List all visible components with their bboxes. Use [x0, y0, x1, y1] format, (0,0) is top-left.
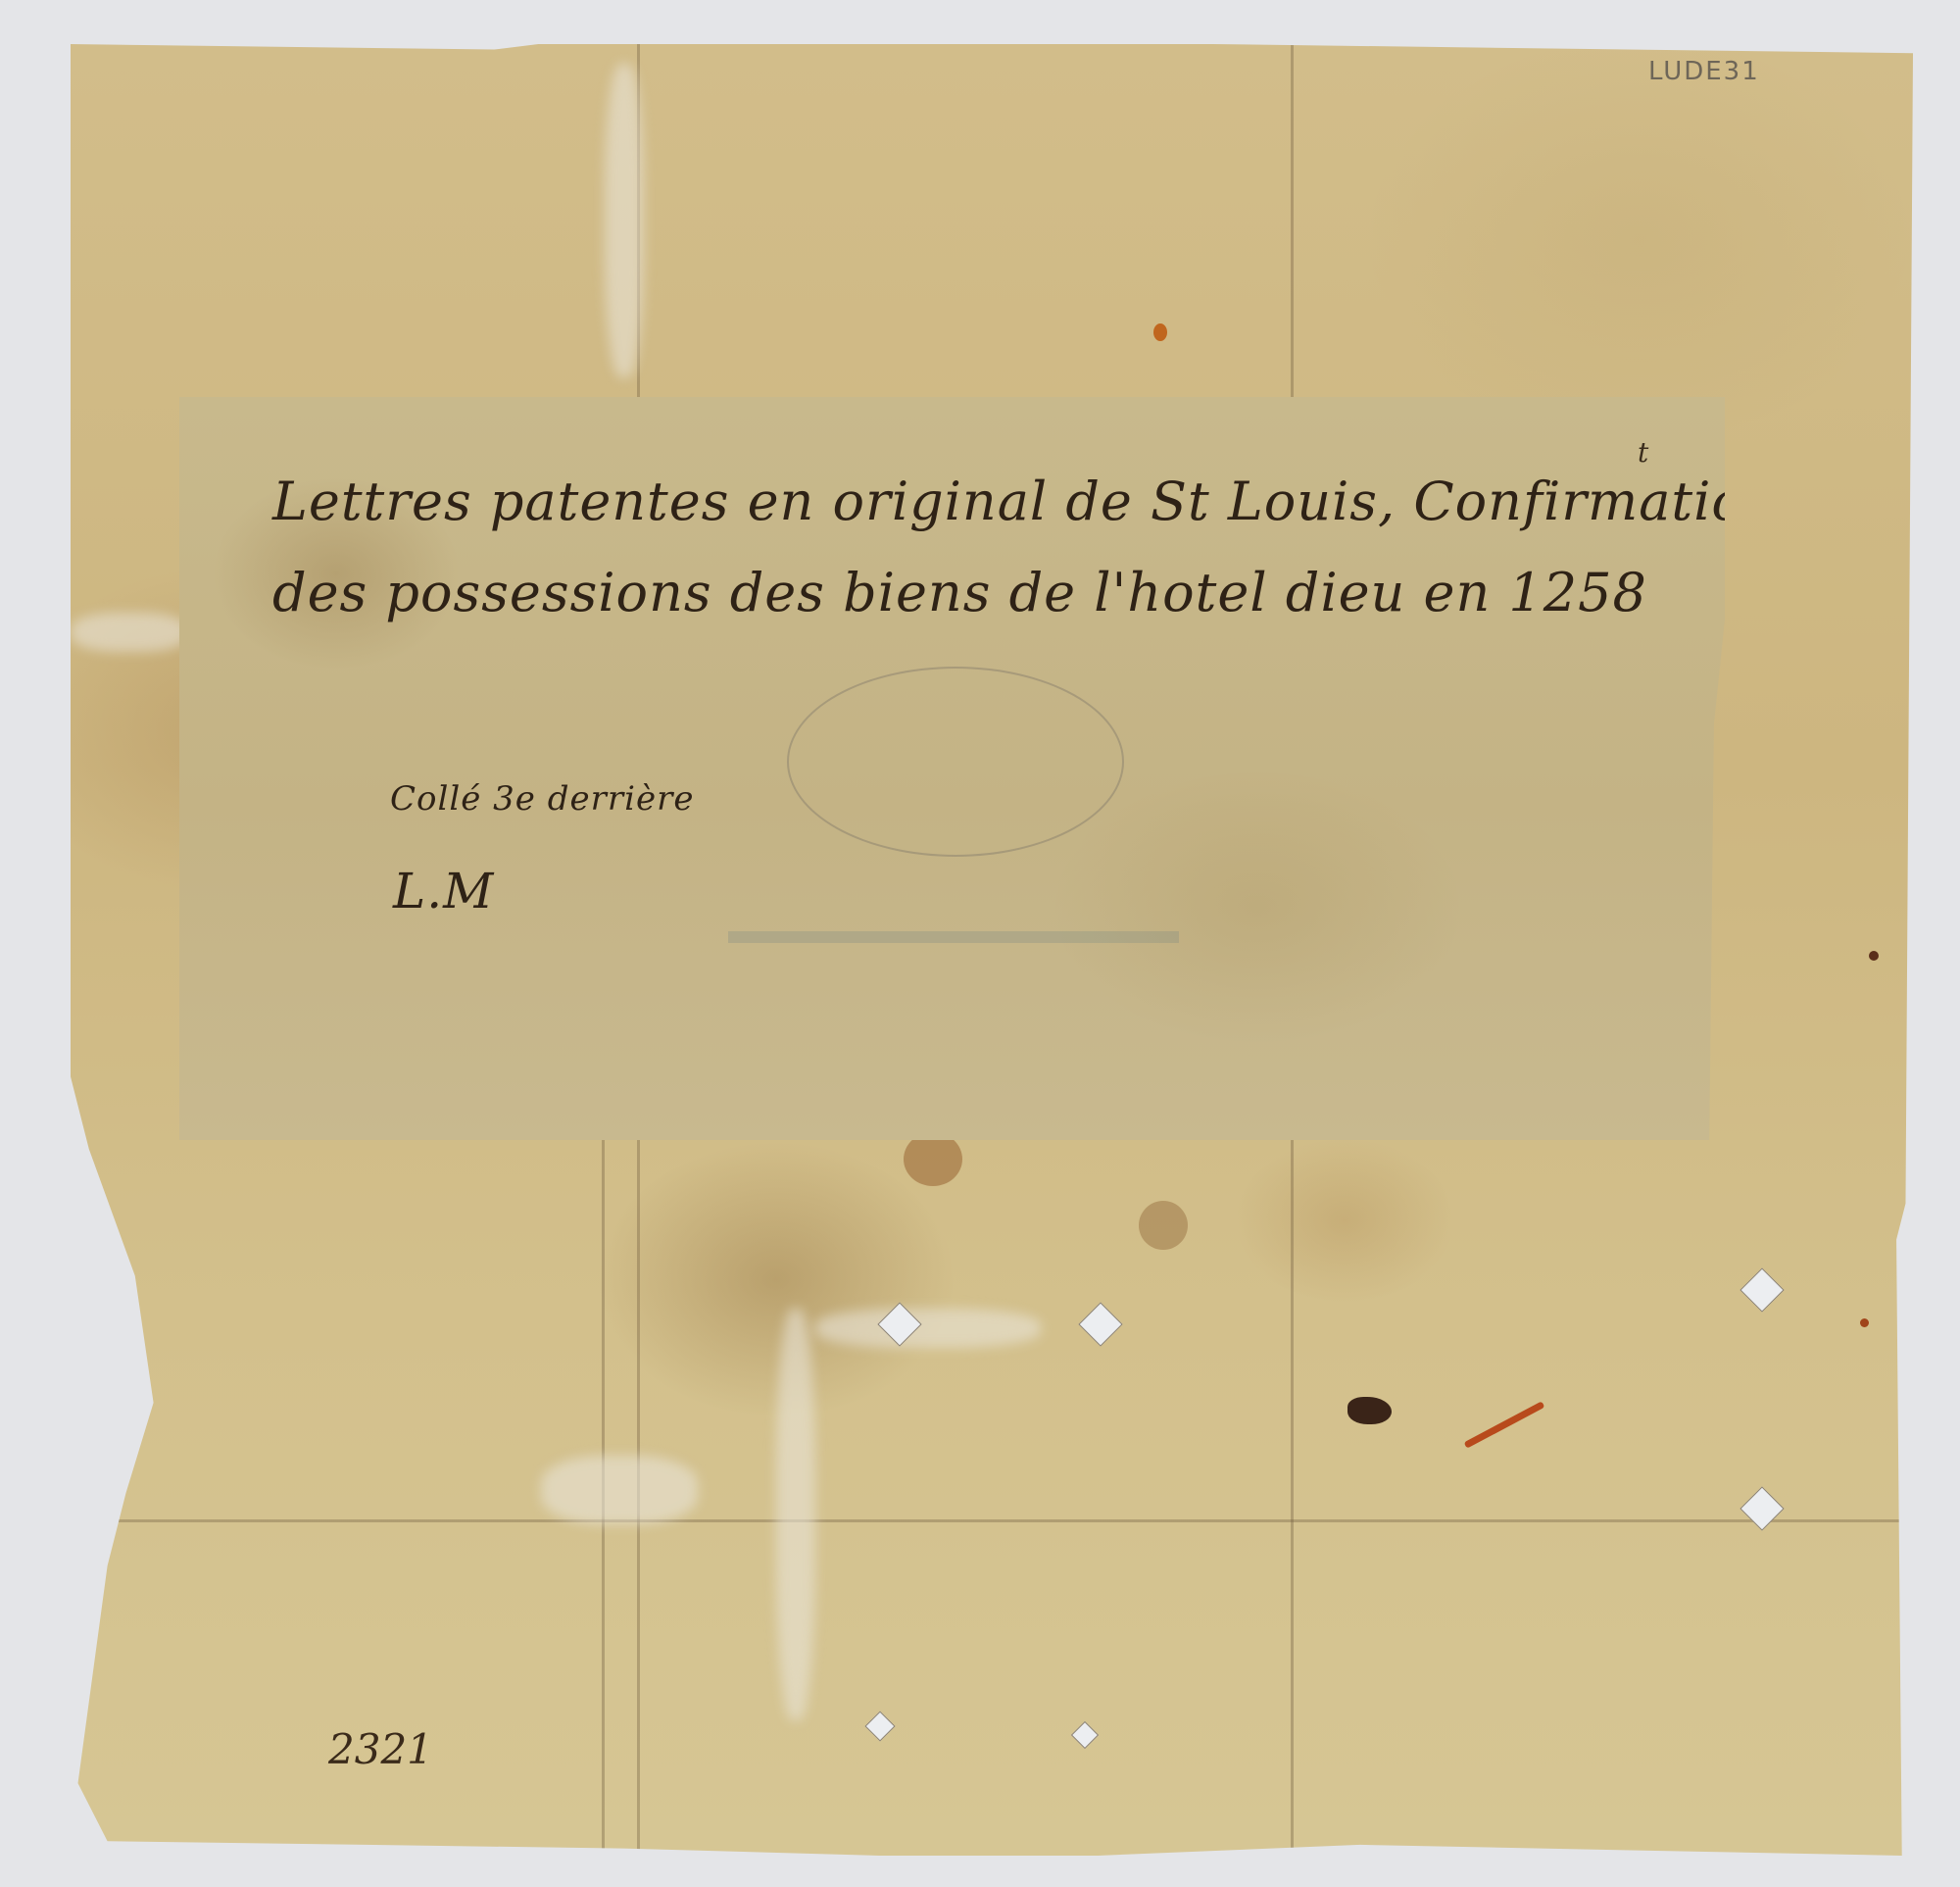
stain [1860, 1318, 1869, 1327]
faded-stamp-bar [728, 931, 1179, 943]
label-line-2: des possessions des biens de l'hotel die… [272, 562, 1647, 623]
faded-stamp [787, 667, 1124, 857]
worn-fold [541, 1456, 698, 1524]
punched-hole [1739, 1267, 1784, 1312]
punched-hole [1071, 1721, 1099, 1749]
punched-hole [1078, 1302, 1122, 1346]
archive-number: 2321 [328, 1725, 433, 1773]
worn-fold [71, 613, 188, 652]
worn-area [815, 1309, 1041, 1348]
worn-fold [605, 64, 644, 377]
shelfmark-pencil: LUDE31 [1648, 57, 1760, 86]
stain [1153, 323, 1167, 341]
fold-line [71, 1519, 1913, 1522]
ink-blot [1347, 1397, 1392, 1424]
label-initials: L.M [393, 863, 494, 919]
stain [904, 1132, 962, 1186]
stain [1139, 1201, 1188, 1250]
worn-area [776, 1309, 815, 1720]
stain [1869, 951, 1879, 961]
label-line-1: Lettres patentes en original de St Louis… [272, 471, 1780, 532]
pasted-label: Lettres patentes en original de St Louis… [179, 397, 1725, 1140]
punched-hole [864, 1711, 895, 1741]
label-superscript: t [1638, 436, 1648, 469]
label-note: Collé 3e derrière [390, 779, 694, 819]
punched-hole [1739, 1486, 1784, 1530]
